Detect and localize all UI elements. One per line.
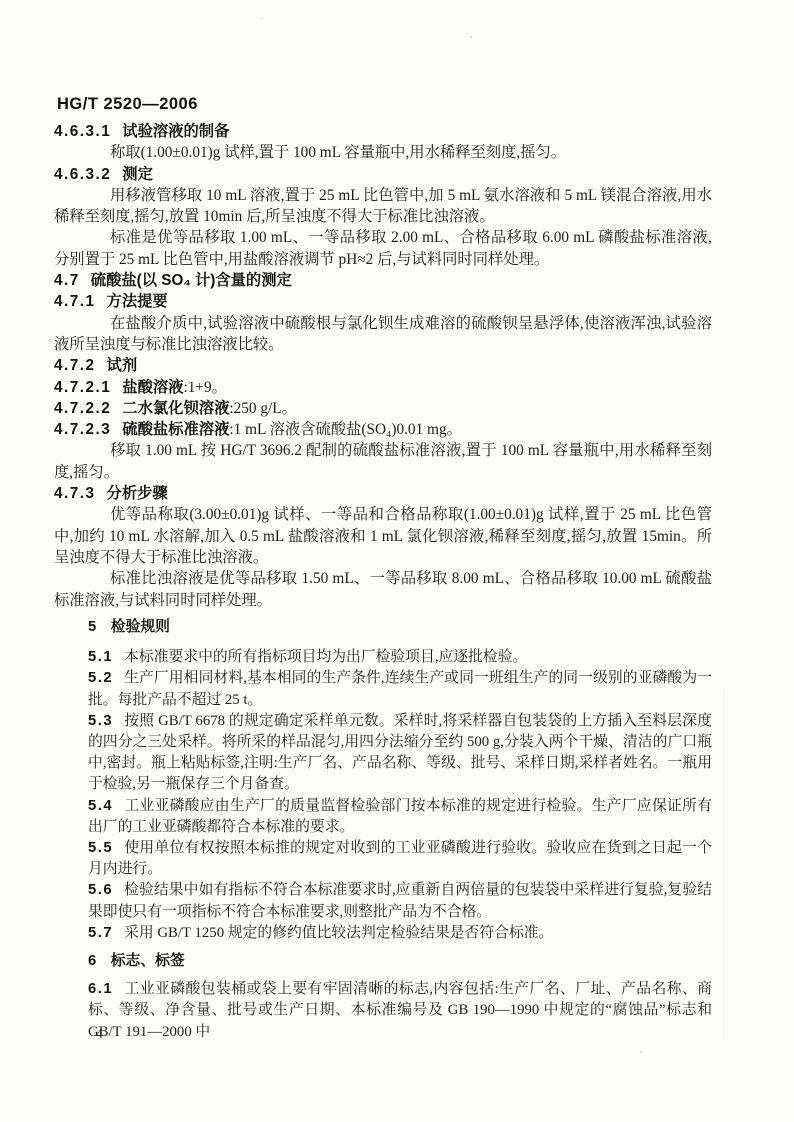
section-heading-6: 6标志、标签 — [88, 951, 712, 972]
clause-number: 4.6.3.1 — [54, 121, 111, 142]
clause-number: 5.7 — [88, 923, 113, 944]
paragraph: 移取 1.00 mL 按 HG/T 3696.2 配制的硫酸盐标准溶液,置于 1… — [54, 440, 712, 483]
heading-4-6-3-1: 4.6.3.1试验溶液的制备 — [54, 121, 712, 142]
standard-number-header: HG/T 2520—2006 — [57, 95, 198, 114]
paragraph: 称取(1.00±0.01)g 试样,置于 100 mL 容量瓶中,用水稀释至刻度… — [54, 142, 712, 163]
paragraph: 优等品称取(3.00±0.01)g 试样、一等品和合格品称取(1.00±0.01… — [54, 504, 712, 568]
reagent-line-4-7-2-3: 4.7.2.3硫酸盐标准溶液:1 mL 溶液含硫酸盐(SO₄)0.01 mg。 — [54, 419, 712, 440]
reagent-line-4-7-2-1: 4.7.2.1盐酸溶液:1+9。 — [54, 377, 712, 398]
clause-text: 本标准要求中的所有指标项目均为出厂检验项目,应逐批检验。 — [124, 649, 527, 665]
clause-number: 5.3 — [88, 711, 113, 732]
section-title: 标志、标签 — [111, 953, 185, 969]
content-block-lower: 5检验规则 5.1本标准要求中的所有指标项目均为出厂检验项目,应逐批检验。 5.… — [88, 617, 712, 1043]
clause-text: 生产厂用相同材料,基本相同的生产条件,连续生产或同一班组生产的同一级别的亚磷酸为… — [88, 670, 712, 707]
reagent-name: 盐酸溶液 — [122, 379, 183, 396]
content-block-upper: 4.6.3.1试验溶液的制备 称取(1.00±0.01)g 试样,置于 100 … — [54, 121, 712, 611]
clause-number: 5.2 — [88, 668, 113, 689]
clause-title: 测定 — [122, 166, 153, 183]
scan-speck — [470, 36, 472, 38]
clause-number: 4.7.2 — [54, 355, 96, 376]
clause-number: 4.7 — [54, 270, 80, 291]
reagent-name: 硫酸盐标准溶液 — [122, 421, 229, 438]
clause-title: 方法提要 — [107, 293, 168, 310]
clause-5-1: 5.1本标准要求中的所有指标项目均为出厂检验项目,应逐批检验。 — [88, 647, 712, 668]
clause-text: 工业亚磷酸包装桶或袋上要有牢固清晰的标志,内容包括:生产厂名、厂址、产品名称、商… — [88, 981, 712, 1039]
clause-number: 4.7.3 — [54, 483, 96, 504]
reagent-name: 二水氯化钡溶液 — [122, 400, 229, 417]
reagent-value: :1 mL 溶液含硫酸盐(SO₄)0.01 mg。 — [229, 421, 462, 438]
paragraph: 用移液管移取 10 mL 溶液,置于 25 mL 比色管中,加 5 mL 氨水溶… — [54, 185, 712, 228]
clause-text: 采用 GB/T 1250 规定的修约值比较法判定检验结果是否符合标准。 — [124, 925, 553, 941]
clause-number: 4.7.2.3 — [54, 419, 111, 440]
reagent-value: :1+9。 — [183, 379, 226, 396]
section-title: 检验规则 — [111, 619, 170, 635]
clause-number: 6.1 — [88, 979, 113, 1000]
heading-4-7-2: 4.7.2试剂 — [54, 355, 712, 376]
clause-number: 4.6.3.2 — [54, 164, 111, 185]
clause-number: 4.7.1 — [54, 291, 96, 312]
page-number: 4 — [96, 1026, 103, 1042]
clause-5-2: 5.2生产厂用相同材料,基本相同的生产条件,连续生产或同一班组生产的同一级别的亚… — [88, 668, 712, 710]
clause-5-4: 5.4工业亚磷酸应由生产厂的质量监督检验部门按本标准的规定进行检验。生产厂应保证… — [88, 796, 712, 838]
clause-title: 分析步骤 — [107, 485, 168, 502]
heading-4-7-3: 4.7.3分析步骤 — [54, 483, 712, 504]
scan-crease-line — [723, 690, 724, 1040]
section-number: 6 — [88, 951, 98, 972]
clause-title: 试验溶液的制备 — [122, 123, 229, 140]
clause-number: 5.6 — [88, 880, 113, 901]
heading-4-7-1: 4.7.1方法提要 — [54, 291, 712, 312]
clause-6-1: 6.1工业亚磷酸包装桶或袋上要有牢固清晰的标志,内容包括:生产厂名、厂址、产品名… — [88, 979, 712, 1043]
document-page: HG/T 2520—2006 4.6.3.1试验溶液的制备 称取(1.00±0.… — [0, 0, 794, 1122]
clause-5-3: 5.3按照 GB/T 6678 的规定确定采样单元数。采样时,将采样器自包装袋的… — [88, 711, 712, 796]
clause-number: 4.7.2.1 — [54, 377, 111, 398]
paragraph: 标准是优等品移取 1.00 mL、一等品移取 2.00 mL、合格品移取 6.0… — [54, 227, 712, 270]
paragraph: 标准比浊溶液是优等品移取 1.50 mL、一等品移取 8.00 mL、合格品移取… — [54, 568, 712, 611]
reagent-line-4-7-2-2: 4.7.2.2二水氯化钡溶液:250 g/L。 — [54, 398, 712, 419]
clause-text: 工业亚磷酸应由生产厂的质量监督检验部门按本标准的规定进行检验。生产厂应保证所有出… — [88, 798, 712, 835]
clause-number: 5.4 — [88, 796, 113, 817]
clause-number: 5.1 — [88, 647, 113, 668]
scan-speck — [640, 1051, 642, 1053]
clause-number: 4.7.2.2 — [54, 398, 111, 419]
clause-text: 按照 GB/T 6678 的规定确定采样单元数。采样时,将采样器自包装袋的上方插… — [88, 713, 712, 793]
clause-5-6: 5.6检验结果中如有指标不符合本标准要求时,应重新自两倍量的包装袋中采样进行复验… — [88, 880, 712, 922]
clause-text: 检验结果中如有指标不符合本标准要求时,应重新自两倍量的包装袋中采样进行复验,复验… — [88, 882, 712, 919]
clause-number: 5.5 — [88, 838, 113, 859]
heading-4-7: 4.7硫酸盐(以 SO₄ 计)含量的测定 — [54, 270, 712, 291]
section-number: 5 — [88, 617, 98, 638]
scan-speck — [260, 18, 262, 19]
clause-title: 硫酸盐(以 SO₄ 计)含量的测定 — [91, 272, 292, 289]
clause-title: 试剂 — [107, 357, 138, 374]
section-heading-5: 5检验规则 — [88, 617, 712, 638]
reagent-value: :250 g/L。 — [229, 400, 297, 417]
clause-5-5: 5.5使用单位有权按照本标推的规定对收到的工业亚磷酸进行验收。验收应在货到之日起… — [88, 838, 712, 880]
clause-text: 使用单位有权按照本标推的规定对收到的工业亚磷酸进行验收。验收应在货到之日起一个月… — [88, 840, 712, 877]
heading-4-6-3-2: 4.6.3.2测定 — [54, 164, 712, 185]
paragraph: 在盐酸介质中,试验溶液中硫酸根与氯化钡生成难溶的硫酸钡呈悬浮体,使溶液浑浊,试验… — [54, 313, 712, 356]
clause-5-7: 5.7采用 GB/T 1250 规定的修约值比较法判定检验结果是否符合标准。 — [88, 923, 712, 944]
